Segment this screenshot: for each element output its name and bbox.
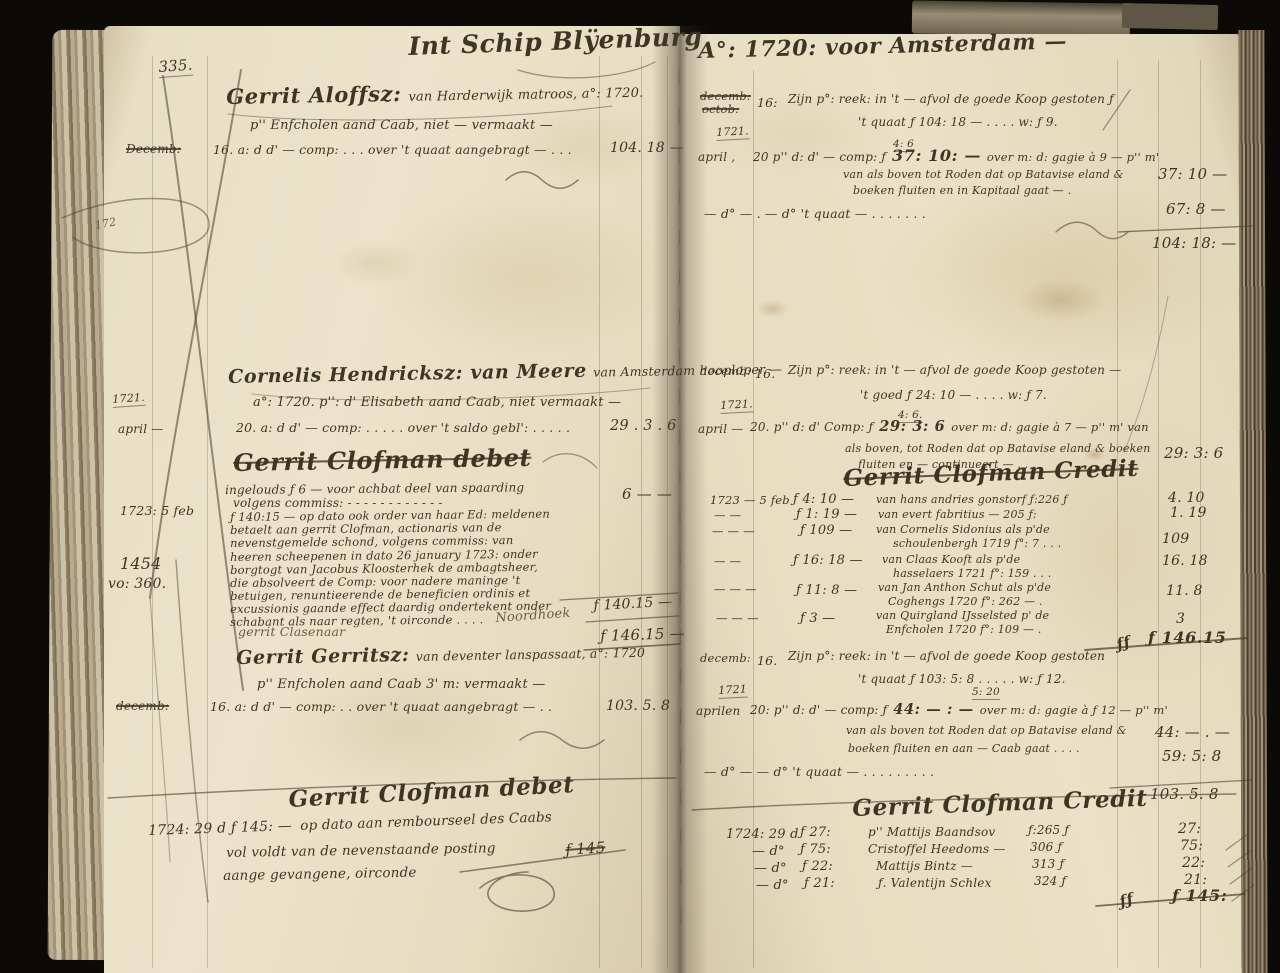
entry-line: 't goed ƒ 24: 10 — . . . . w: ƒ 7. xyxy=(860,389,1047,402)
margin-day: 16: xyxy=(757,96,778,109)
column-rule xyxy=(641,56,642,968)
entry-line: p'' Enfcholen aand Caab 3' m: vermaakt — xyxy=(257,678,545,692)
margin-date: decemb: xyxy=(700,365,751,377)
credit-row-folio: 324 ƒ xyxy=(1034,875,1066,888)
credit-row-desc: Cristoffel Heedoms — xyxy=(868,843,1006,856)
top-page-edges-dark xyxy=(1122,3,1219,30)
amount: 3 xyxy=(1176,612,1185,627)
column-rule xyxy=(1158,60,1159,968)
credit-row-desc: van Claas Kooft als p'de xyxy=(882,554,1020,566)
row-pre: 20: p'' d: d' — comp: ƒ xyxy=(750,704,887,717)
amount: 103. 5. 8 xyxy=(606,699,670,714)
row-pre: 20. p'' d: d' Comp: ƒ xyxy=(750,421,873,434)
credit-row-date: — d° xyxy=(756,879,789,893)
margin-number: 1454 xyxy=(120,556,162,573)
credit-row-date: — — xyxy=(714,555,741,567)
credit-row-date: — d° xyxy=(754,862,787,876)
entry-title-rest: van Amsterdam hooploper — xyxy=(593,361,782,379)
credit-row-folio: ƒ:265 ƒ xyxy=(1028,824,1069,837)
entry-row: 20. p'' d: d' Comp: ƒ 29: 3: 6 over m: d… xyxy=(750,419,1149,434)
credit-row-folio: 306 ƒ xyxy=(1030,841,1062,854)
credit-row-folio: 313 ƒ xyxy=(1032,858,1064,871)
credit-row-date: 1723 — 5 feb xyxy=(710,494,790,506)
entry-line: Zijn p°: reek: in 't — afvol de goede Ko… xyxy=(788,93,1114,106)
column-rule xyxy=(1241,60,1242,968)
entry-line: aange gevangene, oirconde xyxy=(223,866,417,884)
amount: 1. 19 xyxy=(1170,506,1207,521)
credit-row-date: — d° xyxy=(752,845,785,859)
row-pre: 20 p'' d: d' — comp: ƒ xyxy=(753,151,886,164)
credit-row-amt: ƒ 75: xyxy=(800,843,831,857)
credit-row-desc: van Quirgland IJsselsted p' de xyxy=(876,610,1049,622)
credit-row-amt: ƒ 4: 10 — xyxy=(793,493,854,507)
credit-row-desc: hasselaers 1721 f°: 159 . . . xyxy=(893,568,1051,580)
note: 5: 20 xyxy=(972,687,1000,700)
credit-row-amt: ƒ 21: xyxy=(804,877,835,891)
margin-year: 1721. xyxy=(112,392,145,408)
column-rule xyxy=(1117,60,1118,968)
amount: 11. 8 xyxy=(1166,584,1203,599)
entry-row: 16. a: d d' — comp: . . over 't quaat aa… xyxy=(210,700,552,713)
credit-row-desc: schoulenbergh 1719 f°: 7 . . . xyxy=(893,538,1061,550)
row-amount: 29: 3: 6 xyxy=(879,419,945,434)
entry-title-rest: van deventer lanspassaat, a°: 1720 xyxy=(416,645,646,664)
entry-row: 20 p'' d: d' — comp: ƒ 37: 10: — over m:… xyxy=(753,148,1159,165)
credit-row-desc: van Cornelis Sidonius als p'de xyxy=(876,524,1050,536)
amount: 104: 18: — xyxy=(1152,236,1236,252)
amount: 22: xyxy=(1182,856,1205,871)
credit-row-desc: p'' Mattijs Baandsov xyxy=(868,826,995,839)
margin-day: 16. xyxy=(757,654,777,667)
credit-row-amt: ƒ 27: xyxy=(800,826,831,840)
amount: 6 — — xyxy=(622,487,672,503)
credit-row-date: — — — xyxy=(716,612,759,624)
entry-line: boeken fluiten en aan — Caab gaat . . . … xyxy=(848,743,1080,755)
row-amount: 44: — : — xyxy=(893,702,973,717)
entry-row: — d° — . — d° 't quaat — . . . . . . . xyxy=(704,207,926,220)
entry-row: — d° — — d° 't quaat — . . . . . . . . . xyxy=(704,765,934,778)
margin-month: april — xyxy=(698,423,743,436)
entry-row: 20: p'' d: d' — comp: ƒ 44: — : — over m… xyxy=(750,702,1168,717)
credit-row-desc: Mattijs Bintz — xyxy=(876,860,973,873)
credit-row-desc: van hans andries gonstorf ƒ:226 ƒ xyxy=(876,494,1068,506)
entry-name: Gerrit Aloffsz: xyxy=(226,81,402,109)
entry-name: Gerrit Gerritsz: xyxy=(236,644,410,669)
amount: 29 . 3 . 6 xyxy=(610,419,677,434)
amount: 104. 18 — xyxy=(610,141,684,156)
credit-row-desc: Enfcholen 1720 f°: 109 — . xyxy=(886,624,1042,636)
margin-day: 16. xyxy=(755,367,775,380)
entry-row: 20. a: d d' — comp: . . . . . over 't sa… xyxy=(236,421,570,434)
credit-row-amt: ƒ 16: 18 — xyxy=(793,554,863,568)
margin-date: decemb: xyxy=(700,652,751,664)
margin-year: 1721. xyxy=(720,398,753,413)
margin-date: Decemb: xyxy=(126,143,181,156)
entry-line: van als boven tot Roden dat op Batavise … xyxy=(843,169,1124,181)
entry-line: 't quaat ƒ 104: 18 — . . . . w: ƒ 9. xyxy=(858,116,1058,129)
entry-line: p'' Enfcholen aand Caab, niet — vermaakt… xyxy=(250,119,553,133)
credit-row-date: — — xyxy=(714,509,741,521)
amount: 103. 5. 8 xyxy=(1150,787,1219,803)
margin-date: octob: xyxy=(702,103,739,115)
amount: 29: 3: 6 xyxy=(1164,446,1223,462)
margin-month: aprilen xyxy=(696,705,740,718)
credit-row-desc: Coghengs 1720 f°: 262 — . xyxy=(888,596,1043,608)
entry-title: Gerrit Clofman debet xyxy=(233,445,532,475)
row-post: over m: d: gagie à 7 — p'' m' van xyxy=(951,421,1148,433)
amount: 109 xyxy=(1162,532,1189,547)
margin-number: vo: 360. xyxy=(108,577,166,592)
column-rule xyxy=(599,56,600,968)
right-fore-edge xyxy=(1238,30,1267,973)
credit-row-date: 1724: 29 d xyxy=(726,828,799,842)
entry-line: ingelouds ƒ 6 — voor achbat deel van spa… xyxy=(225,481,524,496)
entry-row: 16. a: d d' — comp: . . . over 't quaat … xyxy=(213,143,572,156)
credit-row-amt: ƒ 109 — xyxy=(800,524,852,538)
ledger-book-scan: 335. 172 Int Schip Blÿenburg Gerrit Alof… xyxy=(0,0,1280,973)
column-rule xyxy=(667,56,668,968)
credit-row-desc: ƒ. Valentijn Schlex xyxy=(878,877,992,890)
credit-row-date: — — — xyxy=(712,525,755,537)
amount: 44: — . — xyxy=(1155,725,1230,741)
page-number: 335. xyxy=(158,58,193,78)
credit-row-amt: ƒ 22: xyxy=(802,860,833,874)
credit-row-desc: van evert fabritius — 205 ƒ: xyxy=(878,509,1037,521)
margin-month: april , xyxy=(698,151,735,164)
row-post: over m: d: gagie à ƒ 12 — p'' m' xyxy=(980,704,1168,716)
credit-row-desc: van Jan Anthon Schut als p'de xyxy=(878,582,1051,594)
amount: 4. 10 xyxy=(1168,491,1205,506)
entry-line: van als boven tot Roden dat op Batavise … xyxy=(846,725,1127,737)
amount: 37: 10 — xyxy=(1158,167,1227,183)
credit-row-amt: ƒ 3 — xyxy=(800,612,835,626)
margin-year: 1721 xyxy=(718,683,747,698)
row-amount: 37: 10: — xyxy=(892,148,981,165)
margin-year: 1721. xyxy=(716,125,749,140)
amount: 27: xyxy=(1178,822,1201,837)
entry-line: Zijn p°: reek: in 't — afvol de goede Ko… xyxy=(788,364,1121,377)
total-amount: ƒ 146.15 xyxy=(1148,630,1227,647)
amount: 16. 18 xyxy=(1162,554,1208,569)
amount: ƒ 145 xyxy=(565,840,606,858)
amount: 67: 8 — xyxy=(1166,202,1226,218)
amount: 59: 5: 8 xyxy=(1162,749,1221,765)
credit-row-amt: ƒ 11: 8 — xyxy=(796,584,857,598)
credit-row-amt: ƒ 1: 19 — xyxy=(796,508,857,522)
margin-date: decemb: xyxy=(700,90,751,102)
signature: gerrit Clasenaar xyxy=(238,625,345,638)
row-post: over m: d: gagie à 9 — p'' m' xyxy=(987,151,1159,163)
entry-line: Zijn p°: reek: in 't — afvol de goede Ko… xyxy=(788,650,1105,663)
entry-line: a°: 1720. p'': d' Elisabeth aand Caab, n… xyxy=(253,396,621,410)
margin-month: april — xyxy=(118,423,163,436)
entry-line: 't quaat ƒ 103: 5: 8 . . . . . w: ƒ 12. xyxy=(858,673,1066,686)
entry-line: als boven, tot Roden dat op Batavise ela… xyxy=(845,443,1151,455)
amount: 75: xyxy=(1180,839,1203,854)
margin-date: decemb: xyxy=(116,700,169,713)
margin-date: 1723: 5 feb xyxy=(120,504,194,517)
total-amount: ƒ 145: xyxy=(1172,888,1227,905)
entry-line: boeken fluiten en in Kapitaal gaat — . xyxy=(853,185,1071,197)
credit-row-date: — — — xyxy=(714,583,757,595)
